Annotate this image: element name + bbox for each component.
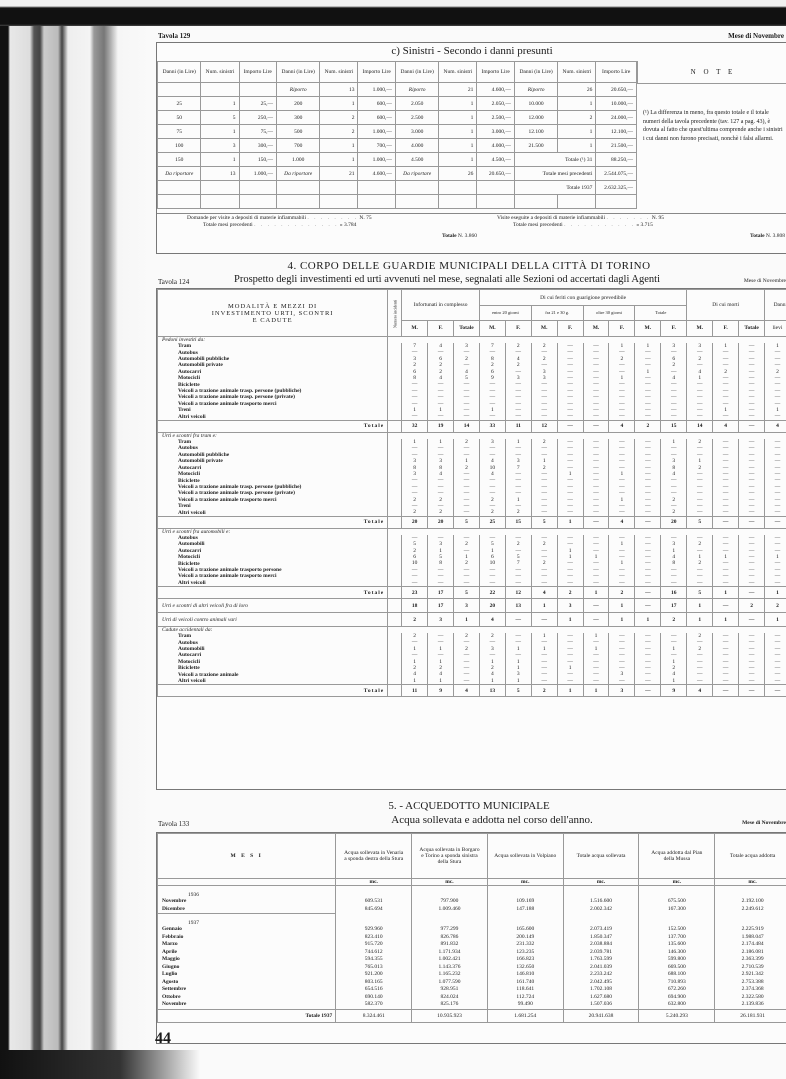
column-subheader: fra 21 e 30 g. xyxy=(531,306,583,320)
value-cell: 2.322.580 xyxy=(715,994,786,1002)
value-cell: — xyxy=(557,580,583,587)
value-cell: 2.753.388 xyxy=(715,979,786,987)
value-cell: 2 xyxy=(739,599,765,613)
table-row: 75175,—50021.000,—3.00013.000,—12.100112… xyxy=(158,125,637,139)
total-value: 20 xyxy=(402,516,428,528)
column-header: Acqua addotta dal Pian della Mussa xyxy=(639,834,715,879)
total-value: 5 xyxy=(531,516,557,528)
value-cell: 928.951 xyxy=(412,986,488,994)
total-value: 1 xyxy=(713,587,739,599)
value-cell: — xyxy=(505,613,531,627)
total-value: 20.941.638 xyxy=(563,1009,639,1022)
footer-left-line1: Domande per visite a depositi di materie… xyxy=(187,215,306,221)
column-header: Acqua sollevata in Volpiano xyxy=(487,834,563,879)
mf-header: F. xyxy=(505,320,531,336)
num-sinistri: 13 xyxy=(201,167,239,181)
column-header-infortunati: Infortunati in complesso xyxy=(402,290,480,321)
value-cell: 167.300 xyxy=(639,906,715,914)
total-value: 4 xyxy=(531,587,557,599)
value-cell: — xyxy=(687,678,713,685)
page-number: 44 xyxy=(155,1030,171,1048)
total-value: 20 xyxy=(428,516,454,528)
n-label: N. xyxy=(359,215,364,221)
value-cell: 109.169 xyxy=(487,898,563,906)
value-cell: 1 xyxy=(402,678,428,685)
value-cell: 1.850.347 xyxy=(563,934,639,942)
total-value: — xyxy=(765,516,786,528)
total-value: 23 xyxy=(402,587,428,599)
value-cell: 845.694 xyxy=(336,906,412,914)
empty-cell xyxy=(514,195,557,209)
importo-value: 250,— xyxy=(239,111,276,125)
value-cell: 2 xyxy=(402,613,428,627)
value-cell: — xyxy=(531,580,557,587)
importo-value: 12.100,— xyxy=(596,125,637,139)
tavola-129-label: Tavola 129 xyxy=(158,32,190,40)
mf-header: Totale xyxy=(739,320,765,336)
danni-value: 1.000 xyxy=(276,153,319,167)
total-value: — xyxy=(739,420,765,432)
importo-value: 4.600,— xyxy=(358,167,395,181)
value-cell: 797.900 xyxy=(412,898,488,906)
total-value: 2 xyxy=(635,420,661,432)
value-cell: — xyxy=(687,509,713,516)
investimenti-table: MODALITÀ E MEZZI DI INVESTIMENTO URTI, S… xyxy=(157,289,786,697)
value-cell: — xyxy=(713,580,739,587)
table-row: Altri veicoli22—22—————2————2 xyxy=(158,509,786,516)
value-cell: 977.299 xyxy=(412,926,488,934)
empty-cell xyxy=(239,83,276,97)
total-value: 5 xyxy=(687,587,713,599)
total-value: 4 xyxy=(609,420,635,432)
total-value: 88.250,— xyxy=(596,153,637,167)
empty-cell xyxy=(477,181,514,195)
value-cell: 2.710.539 xyxy=(715,964,786,972)
value-cell: Giugno xyxy=(158,964,336,972)
value-cell: Aprile xyxy=(158,949,336,957)
value-cell: 2.186.081 xyxy=(715,949,786,957)
value-cell: 165.600 xyxy=(487,926,563,934)
num-sinistri: 5 xyxy=(201,111,239,125)
importo-value: 10.000,— xyxy=(596,97,637,111)
empty-cell xyxy=(596,195,637,209)
value-cell: — xyxy=(479,580,505,587)
danni-value: 700 xyxy=(276,139,319,153)
importo-value: 2.050,— xyxy=(477,97,514,111)
value-cell: 891.832 xyxy=(412,941,488,949)
total-value: 26.181.931 xyxy=(715,1009,786,1022)
value-cell: Marzo xyxy=(158,941,336,949)
num-sinistri: 2 xyxy=(320,111,358,125)
value-cell: 1 xyxy=(635,613,661,627)
column-header-morti: Di cui morti xyxy=(687,290,765,321)
value-cell: — xyxy=(739,509,765,516)
value-cell: 929.960 xyxy=(336,926,412,934)
danni-value: 500 xyxy=(276,125,319,139)
value-cell: 4 xyxy=(479,613,505,627)
mf-header: F. xyxy=(557,320,583,336)
value-cell: Novembre xyxy=(158,1001,336,1009)
value-cell: 1.627.680 xyxy=(563,994,639,1002)
value-cell: 1 xyxy=(609,613,635,627)
value-cell: — xyxy=(583,613,609,627)
value-cell: 20 xyxy=(479,599,505,613)
unit-label: mc. xyxy=(487,879,563,886)
value-cell: 146.810 xyxy=(487,971,563,979)
value-cell: 3 xyxy=(557,599,583,613)
value-cell: 1.143.376 xyxy=(412,964,488,972)
value-cell: 146.300 xyxy=(639,949,715,957)
empty-cell xyxy=(201,83,239,97)
value-cell: 2.002.342 xyxy=(563,906,639,914)
value-cell: 2.192.100 xyxy=(715,898,786,906)
tavola-133-label: Tavola 133 xyxy=(158,820,189,828)
value-cell: — xyxy=(739,413,765,420)
value-cell: 2.233.242 xyxy=(563,971,639,979)
value-cell: — xyxy=(713,599,739,613)
value-cell: 17 xyxy=(661,599,687,613)
value-cell: Maggio xyxy=(158,956,336,964)
value-cell: 1.077.590 xyxy=(412,979,488,987)
value-cell: 710.893 xyxy=(639,979,715,987)
value-cell: 2.174.484 xyxy=(715,941,786,949)
danni-value: 4.500 xyxy=(395,153,438,167)
investimenti-section: MODALITÀ E MEZZI DI INVESTIMENTO URTI, S… xyxy=(156,288,786,790)
value-cell: 1 xyxy=(687,613,713,627)
value-cell: 765.013 xyxy=(336,964,412,972)
value-cell: — xyxy=(765,580,786,587)
ditto-mark: » xyxy=(636,222,639,228)
num-sinistri: 13 xyxy=(320,83,358,97)
value-cell: — xyxy=(428,413,454,420)
header-row: Danni (in Lire)Num. sinistriImporto Lire… xyxy=(158,62,637,83)
total-row: Totale11941352113—94———— xyxy=(158,685,786,697)
table-row: Novembre609.531797.900109.1691.516.60067… xyxy=(158,898,786,906)
danni-value: 2.050 xyxy=(395,97,438,111)
total-value: 5.240.293 xyxy=(639,1009,715,1022)
total-value: 10.935.923 xyxy=(412,1009,488,1022)
total-value: — xyxy=(765,685,786,697)
value-cell: 1 xyxy=(687,599,713,613)
value-cell: 824.024 xyxy=(412,994,488,1002)
value-cell: 2.041.039 xyxy=(563,964,639,972)
empty-cell xyxy=(239,181,276,195)
value-cell: — xyxy=(635,509,661,516)
footer-left-line2: Totale mesi precedenti xyxy=(203,222,253,228)
total-value: 1 xyxy=(583,587,609,599)
table-row xyxy=(158,195,637,209)
danni-value: Riporto xyxy=(276,83,319,97)
value-cell: — xyxy=(583,678,609,685)
value-cell: 1 xyxy=(531,599,557,613)
total-value: 14 xyxy=(454,420,480,432)
value-cell: — xyxy=(531,613,557,627)
footer-right-line1: Visite eseguite a depositi di materie in… xyxy=(497,215,605,221)
value-cell: — xyxy=(609,413,635,420)
footer-left-value2: 3.784 xyxy=(344,222,356,228)
value-cell: — xyxy=(454,509,480,516)
value-cell: 2.225.919 xyxy=(715,926,786,934)
table-row: Febbraio823.410826.786200.1491.850.34713… xyxy=(158,934,786,942)
empty-cell xyxy=(358,195,395,209)
footer-right-block: Visite eseguite a depositi di materie in… xyxy=(497,215,785,240)
column-header: Acqua sollevata in Venaria a sponda dest… xyxy=(336,834,412,879)
value-cell: — xyxy=(609,509,635,516)
empty-cell xyxy=(320,195,358,209)
row-label: Altri veicoli xyxy=(158,678,388,685)
unit-label: mc. xyxy=(336,879,412,886)
footer-left-block: Domande per visite a depositi di materie… xyxy=(187,215,487,240)
value-cell: 823.410 xyxy=(336,934,412,942)
value-cell: 1.988.047 xyxy=(715,934,786,942)
value-cell: 166.823 xyxy=(487,956,563,964)
empty-cell xyxy=(320,181,358,195)
value-cell: 2.039.781 xyxy=(563,949,639,957)
importo-value: 700,— xyxy=(358,139,395,153)
total-value: 2.544.075,— xyxy=(596,167,637,181)
mf-header: F. xyxy=(661,320,687,336)
value-cell: 803.165 xyxy=(336,979,412,987)
value-cell: 669.500 xyxy=(639,964,715,972)
column-header: Danni (in Lire) xyxy=(514,62,557,83)
mf-header: M. xyxy=(531,320,557,336)
table-row: Ottobre690.140824.024112.7241.627.680694… xyxy=(158,994,786,1002)
importo-value: 21.500,— xyxy=(596,139,637,153)
total-value: 32 xyxy=(402,420,428,432)
total-value: 1.681.254 xyxy=(487,1009,563,1022)
month-label-5: Mese di Novembre xyxy=(742,820,786,826)
empty-cell xyxy=(558,195,596,209)
value-cell: 1 xyxy=(428,678,454,685)
empty-cell xyxy=(439,181,477,195)
value-cell: 1 xyxy=(479,678,505,685)
value-cell: 161.740 xyxy=(487,979,563,987)
value-cell: 1.507.036 xyxy=(563,1001,639,1009)
total-value: 4 xyxy=(687,685,713,697)
year-row: 1937 xyxy=(158,914,786,927)
total-value: — xyxy=(713,516,739,528)
value-cell: 1.702.108 xyxy=(563,986,639,994)
unit-row: mc.mc.mc.mc.mc.mc. xyxy=(158,879,786,886)
total-value: 3 xyxy=(609,685,635,697)
column-header: M E S I xyxy=(158,834,336,879)
section4-subtitle: Prospetto degli investimenti ed urti avv… xyxy=(234,274,660,285)
footer-left-value1: 75 xyxy=(366,215,372,221)
footer-right-line2: Totale mesi precedenti xyxy=(513,222,563,228)
value-cell: — xyxy=(583,580,609,587)
value-cell: 123.235 xyxy=(487,949,563,957)
danni-value: 25 xyxy=(158,97,201,111)
total-value: 4 xyxy=(713,420,739,432)
danni-value: 21.500 xyxy=(514,139,557,153)
total-value: 11 xyxy=(505,420,531,432)
value-cell: 1 xyxy=(765,613,786,627)
value-cell: 694.900 xyxy=(639,994,715,1002)
sinistri-title: c) Sinistri - Secondo i danni presunti xyxy=(157,45,786,57)
table-row: Giugno765.0131.143.376132.6502.041.03966… xyxy=(158,964,786,972)
value-cell: 2.073.419 xyxy=(563,926,639,934)
num-sinistri: 2 xyxy=(320,125,358,139)
column-header: Danni (in Lire) xyxy=(276,62,319,83)
section4-heading: 4. CORPO DELLE GUARDIE MUNICIPALI DELLA … xyxy=(152,260,786,272)
value-cell: 1.763.599 xyxy=(563,956,639,964)
importo-value: 20.650,— xyxy=(596,83,637,97)
empty-cell xyxy=(395,181,438,195)
value-cell: — xyxy=(713,413,739,420)
year-label: 1937 xyxy=(158,914,336,927)
total-label: Totale (¹) 31 xyxy=(514,153,596,167)
header-row: M E S IAcqua sollevata in Venaria a spon… xyxy=(158,834,786,879)
empty-cell xyxy=(439,195,477,209)
value-cell: — xyxy=(454,580,480,587)
total-value: — xyxy=(739,587,765,599)
total-value: — xyxy=(635,587,661,599)
value-cell: — xyxy=(505,580,531,587)
table-row: 505250,—3002600,—2.50012.500,—12.000224.… xyxy=(158,111,637,125)
mf-header: F. xyxy=(713,320,739,336)
column-header: Danni (in Lire) xyxy=(158,62,201,83)
table-row: Luglio921.2001.165.232146.8102.233.24268… xyxy=(158,971,786,979)
num-sinistri: 21 xyxy=(320,167,358,181)
importo-value: 1.000,— xyxy=(358,83,395,97)
importo-value: 75,— xyxy=(239,125,276,139)
ditto-mark: » xyxy=(340,222,343,228)
value-cell: 744.612 xyxy=(336,949,412,957)
value-cell: 2 xyxy=(479,509,505,516)
importo-value: 4.500,— xyxy=(477,153,514,167)
value-cell: 135.600 xyxy=(639,941,715,949)
value-cell: 2.374.368 xyxy=(715,986,786,994)
row-label: Altri veicoli xyxy=(158,413,388,420)
total-value: 11 xyxy=(402,685,428,697)
value-cell: 17 xyxy=(428,599,454,613)
empty-cell xyxy=(201,181,239,195)
table-row: 25125,—2001600,—2.05012.050,—10.000110.0… xyxy=(158,97,637,111)
num-sinistri: 2 xyxy=(558,111,596,125)
value-cell: 2 xyxy=(661,509,687,516)
table-row: Novembre582.370825.17699.4901.507.036632… xyxy=(158,1001,786,1009)
value-cell: — xyxy=(765,678,786,685)
empty-cell xyxy=(276,195,319,209)
n-label: N. xyxy=(766,233,771,239)
document-page: Tavola 129 Mese di Novembre c) Sinistri … xyxy=(152,28,786,1079)
total-value: 33 xyxy=(479,420,505,432)
value-cell: 2.038.884 xyxy=(563,941,639,949)
unit-label: mc. xyxy=(563,879,639,886)
notes-header: N O T E xyxy=(637,61,786,84)
danni-value: 200 xyxy=(276,97,319,111)
value-cell: — xyxy=(583,509,609,516)
empty-cell xyxy=(158,181,201,195)
num-sinistri: 1 xyxy=(558,125,596,139)
table-row: Altri veicoli———————————————— xyxy=(158,580,786,587)
column-header: Importo Lire xyxy=(358,62,395,83)
value-cell: — xyxy=(505,413,531,420)
header-row: MODALITÀ E MEZZI DI INVESTIMENTO URTI, S… xyxy=(158,290,786,306)
value-cell: — xyxy=(687,413,713,420)
table-row: Riporto131.000,—Riporto214.600,—Riporto2… xyxy=(158,83,637,97)
value-cell: 1 xyxy=(609,599,635,613)
value-cell: — xyxy=(713,678,739,685)
value-cell: 609.531 xyxy=(336,898,412,906)
table-row: Marzo915.720891.832231.3322.038.884135.6… xyxy=(158,941,786,949)
value-cell: — xyxy=(739,613,765,627)
value-cell: Agosto xyxy=(158,979,336,987)
total-row: Totale2317522124212—1651—116 xyxy=(158,587,786,599)
value-cell: 1.165.232 xyxy=(412,971,488,979)
importo-value: 24.000,— xyxy=(596,111,637,125)
value-cell: 118.641 xyxy=(487,986,563,994)
empty-cell xyxy=(395,195,438,209)
empty-cell xyxy=(158,83,201,97)
value-cell: — xyxy=(531,678,557,685)
total-value: 15 xyxy=(661,420,687,432)
value-cell: Settembre xyxy=(158,986,336,994)
danni-value: Da riportare xyxy=(395,167,438,181)
danni-value: 150 xyxy=(158,153,201,167)
num-sinistri: 1 xyxy=(320,153,358,167)
mf-header: Totale xyxy=(454,320,480,336)
column-header: Num. sinistri xyxy=(201,62,239,83)
value-cell: 1.009.460 xyxy=(412,906,488,914)
year-row: 1936 xyxy=(158,886,786,899)
total-value: 2 xyxy=(557,587,583,599)
total-value: 22 xyxy=(479,587,505,599)
value-cell: 654.516 xyxy=(336,986,412,994)
value-cell: 137.700 xyxy=(639,934,715,942)
danni-value: Da riportare xyxy=(276,167,319,181)
danni-value: 2.500 xyxy=(395,111,438,125)
value-cell: 825.176 xyxy=(412,1001,488,1009)
value-cell: — xyxy=(454,678,480,685)
value-cell: Dicembre xyxy=(158,906,336,914)
acquedotto-section: M E S IAcqua sollevata in Venaria a spon… xyxy=(156,832,786,1044)
importo-value: 2.500,— xyxy=(477,111,514,125)
total-value: 5 xyxy=(687,516,713,528)
footer-right-value2: 3.715 xyxy=(640,222,652,228)
value-cell: — xyxy=(635,678,661,685)
total-value: — xyxy=(739,516,765,528)
danni-value: Riporto xyxy=(395,83,438,97)
value-cell: 672.260 xyxy=(639,986,715,994)
total-value: 13 xyxy=(479,685,505,697)
value-cell: 2 xyxy=(505,509,531,516)
mf-header: F. xyxy=(428,320,454,336)
total-value: 25 xyxy=(479,516,505,528)
num-sinistri: 1 xyxy=(201,97,239,111)
total-value: 9 xyxy=(428,685,454,697)
column-header: Totale acqua addotta xyxy=(715,834,786,879)
importo-value: 3.000,— xyxy=(477,125,514,139)
value-cell: 1.002.421 xyxy=(412,956,488,964)
total-value: 1 xyxy=(557,685,583,697)
total-value: — xyxy=(739,685,765,697)
value-cell: — xyxy=(531,413,557,420)
total-value: — xyxy=(583,420,609,432)
tavola-124-label: Tavola 124 xyxy=(158,278,189,286)
sinistri-table: Danni (in Lire)Num. sinistriImporto Lire… xyxy=(157,61,637,209)
value-cell: — xyxy=(609,678,635,685)
value-cell: — xyxy=(557,413,583,420)
total-value: — xyxy=(583,516,609,528)
total-value: 1 xyxy=(583,685,609,697)
value-cell: 3 xyxy=(454,599,480,613)
table-row: Gennaio929.960977.299165.6002.073.419152… xyxy=(158,926,786,934)
table-row: 1501150,—1.00011.000,—4.50014.500,—Total… xyxy=(158,153,637,167)
total-value: 20 xyxy=(661,516,687,528)
total-label: Totale xyxy=(158,516,388,528)
danni-value: 4.000 xyxy=(395,139,438,153)
